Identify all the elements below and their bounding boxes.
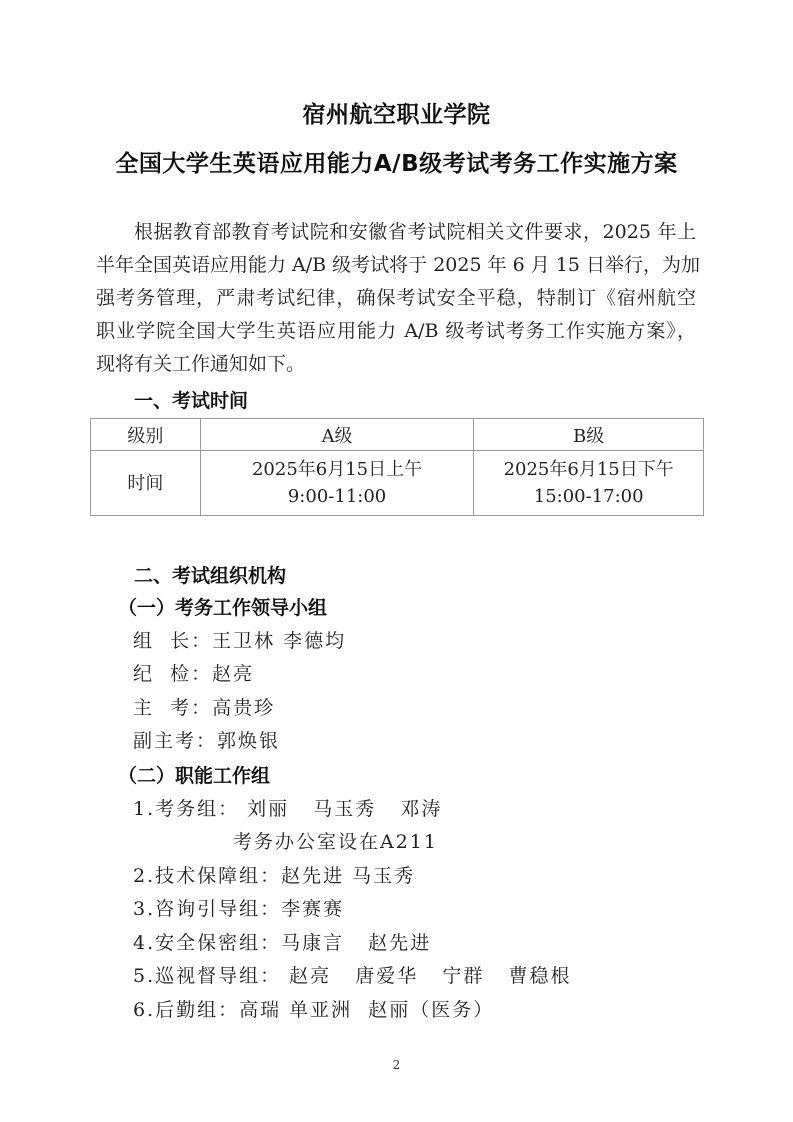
a-date: 2025年6月15日上午 bbox=[201, 456, 474, 483]
item-label: 5.巡视督导组： bbox=[133, 961, 281, 988]
item-label: 主 考： bbox=[133, 693, 212, 720]
working-group-item: 2.技术保障组：赵先进 马玉秀 bbox=[133, 861, 415, 888]
a-time: 9:00-11:00 bbox=[201, 483, 474, 510]
item-value: 高瑞 单亚洲 赵丽（医务） bbox=[239, 995, 494, 1022]
b-time: 15:00-17:00 bbox=[474, 483, 703, 510]
item-value: 赵亮 唐爱华 宁群 曹稳根 bbox=[281, 961, 571, 988]
section-heading-organization: 二、考试组织机构 bbox=[134, 561, 286, 588]
item-value: 王卫林 李德均 bbox=[212, 626, 346, 653]
intro-line: 强考务管理，严肃考试纪律，确保考试安全平稳，特制订《宿州航空 bbox=[96, 282, 696, 315]
intro-paragraph: 根据教育部教育考试院和安徽省考试院相关文件要求，2025 年上 半年全国英语应用… bbox=[96, 216, 696, 381]
page-number: 2 bbox=[0, 1058, 793, 1072]
item-value: 高贵珍 bbox=[212, 693, 275, 720]
exam-time-table: 级别 A级 B级 时间 2025年6月15日上午 9:00-11:00 2025… bbox=[90, 418, 704, 516]
item-value: 赵先进 马玉秀 bbox=[281, 861, 415, 888]
item-label: 4.安全保密组： bbox=[133, 928, 281, 955]
leadership-item: 组 长：王卫林 李德均 bbox=[133, 626, 346, 653]
item-value: 刘丽 马玉秀 邓涛 bbox=[239, 794, 442, 821]
leadership-item: 纪 检：赵亮 bbox=[133, 659, 254, 686]
intro-line: 根据教育部教育考试院和安徽省考试院相关文件要求，2025 年上 bbox=[96, 216, 696, 249]
intro-line: 现将有关工作通知如下。 bbox=[96, 348, 696, 381]
office-location-note: 考务办公室设在A211 bbox=[233, 827, 438, 854]
item-value: 赵亮 bbox=[212, 659, 254, 686]
item-label: 纪 检： bbox=[133, 659, 212, 686]
table-cell-a-time: 2025年6月15日上午 9:00-11:00 bbox=[200, 451, 474, 516]
table-row: 时间 2025年6月15日上午 9:00-11:00 2025年6月15日下午 … bbox=[91, 451, 704, 516]
intro-line: 职业学院全国大学生英语应用能力 A/B 级考试考务工作实施方案》， bbox=[96, 315, 696, 348]
document-page: 宿州航空职业学院 全国大学生英语应用能力A/B级考试考务工作实施方案 根据教育部… bbox=[0, 0, 793, 1122]
table-header-cell-b: B级 bbox=[474, 419, 704, 451]
table-cell-label: 时间 bbox=[91, 451, 201, 516]
section-heading-exam-time: 一、考试时间 bbox=[134, 386, 248, 413]
item-value: 马康言 赵先进 bbox=[281, 928, 431, 955]
item-label: 组 长： bbox=[133, 626, 212, 653]
item-value: 李赛赛 bbox=[281, 894, 344, 921]
b-date: 2025年6月15日下午 bbox=[474, 456, 703, 483]
table-cell-b-time: 2025年6月15日下午 15:00-17:00 bbox=[474, 451, 704, 516]
document-title: 全国大学生英语应用能力A/B级考试考务工作实施方案 bbox=[0, 145, 793, 178]
working-group-item: 6.后勤组：高瑞 单亚洲 赵丽（医务） bbox=[133, 995, 494, 1022]
subsection-heading-working-groups: （二）职能工作组 bbox=[118, 761, 270, 788]
working-group-item: 3.咨询引导组：李赛赛 bbox=[133, 894, 344, 921]
item-label: 副主考： bbox=[133, 726, 217, 753]
item-label: 6.后勤组： bbox=[133, 995, 239, 1022]
leadership-item: 主 考：高贵珍 bbox=[133, 693, 275, 720]
working-group-item: 5.巡视督导组： 赵亮 唐爱华 宁群 曹稳根 bbox=[133, 961, 572, 988]
table-header-cell-level: 级别 bbox=[91, 419, 201, 451]
item-value: 郭焕银 bbox=[217, 726, 280, 753]
working-group-item: 1.考务组： 刘丽 马玉秀 邓涛 bbox=[133, 794, 442, 821]
subsection-heading-leadership: （一）考务工作领导小组 bbox=[118, 593, 327, 620]
intro-line: 半年全国英语应用能力 A/B 级考试将于 2025 年 6 月 15 日举行，为… bbox=[96, 249, 696, 282]
item-label: 1.考务组： bbox=[133, 794, 239, 821]
table-header-row: 级别 A级 B级 bbox=[91, 419, 704, 451]
item-label: 2.技术保障组： bbox=[133, 861, 281, 888]
institution-title: 宿州航空职业学院 bbox=[0, 96, 793, 129]
working-group-item: 4.安全保密组：马康言 赵先进 bbox=[133, 928, 431, 955]
item-label: 3.咨询引导组： bbox=[133, 894, 281, 921]
table-header-cell-a: A级 bbox=[200, 419, 474, 451]
leadership-item: 副主考：郭焕银 bbox=[133, 726, 280, 753]
